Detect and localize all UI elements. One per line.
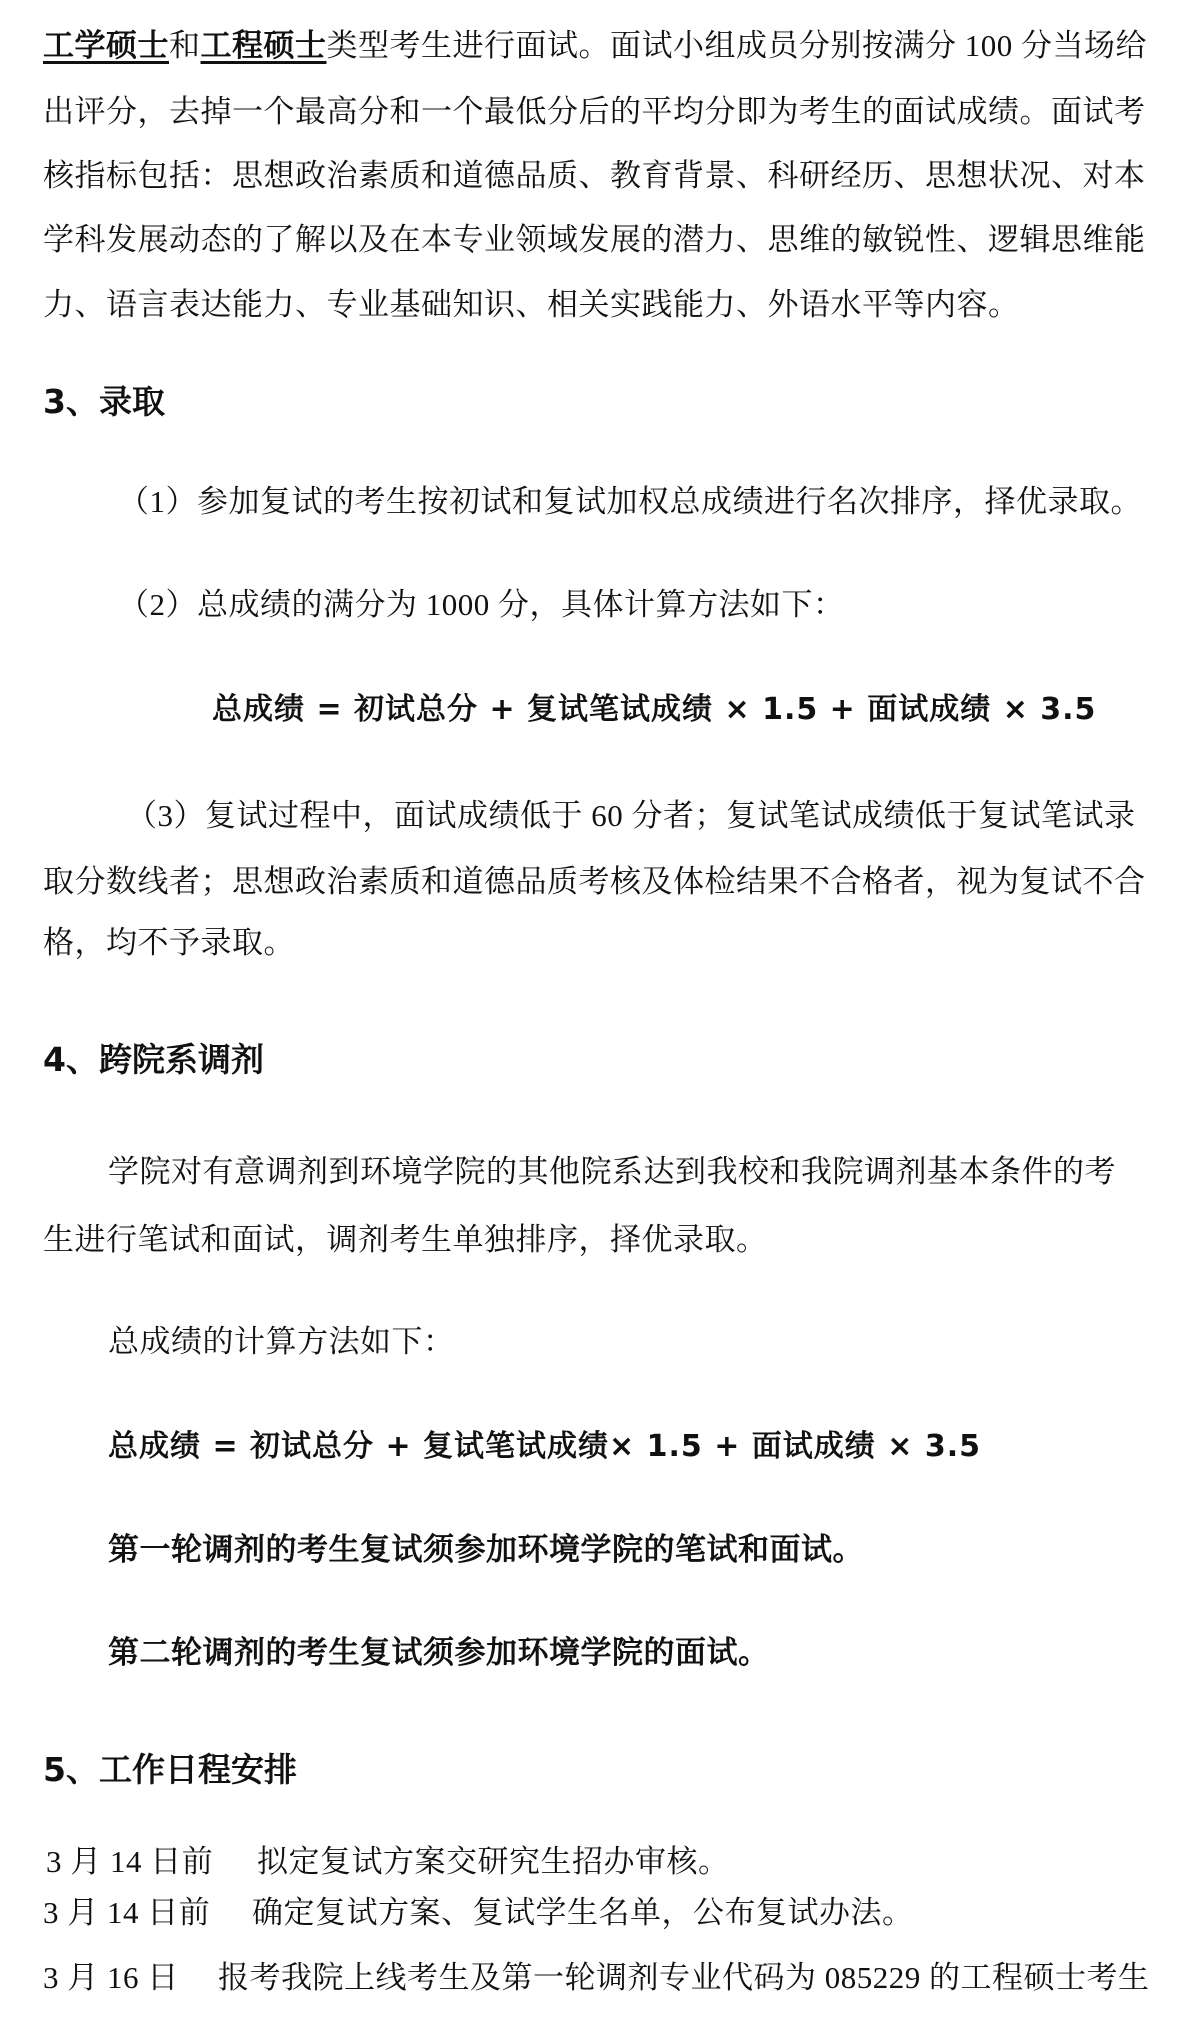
- paragraph-line: 工学硕士和工程硕士类型考生进行面试。面试小组成员分别按满分 100 分当场给: [43, 26, 1147, 66]
- round-two-note: 第二轮调剂的考生复试须参加环境学院的面试。: [108, 1633, 770, 1673]
- connector-text: 和: [169, 28, 201, 63]
- section-heading-cross-department-transfer: 4、跨院系调剂: [43, 1038, 264, 1082]
- admission-item-3-line: （3）复试过程中，面试成绩低于 60 分者；复试笔试成绩低于复试笔试录: [126, 796, 1136, 836]
- paragraph-text: 类型考生进行面试。面试小组成员分别按满分 100 分当场给: [327, 28, 1148, 63]
- admission-item-3-line: 格，均不予录取。: [43, 923, 295, 963]
- transfer-paragraph-line: 生进行笔试和面试，调剂考生单独排序，择优录取。: [43, 1220, 768, 1260]
- transfer-score-formula: 总成绩 = 初试总分 + 复试笔试成绩× 1.5 + 面试成绩 × 3.5: [108, 1427, 981, 1467]
- paragraph-line: 出评分，去掉一个最高分和一个最低分后的平均分即为考生的面试成绩。面试考: [43, 92, 1146, 132]
- schedule-desc: 报考我院上线考生及第一轮调剂专业代码为 085229 的工程硕士考生: [218, 1958, 1150, 1998]
- schedule-date: 3 月 16 日: [43, 1958, 179, 1998]
- round-one-note: 第一轮调剂的考生复试须参加环境学院的笔试和面试。: [108, 1530, 864, 1570]
- schedule-desc: 拟定复试方案交研究生招办审核。: [257, 1842, 730, 1882]
- paragraph-line: 力、语言表达能力、专业基础知识、相关实践能力、外语水平等内容。: [43, 285, 1020, 325]
- schedule-desc: 确定复试方案、复试学生名单，公布复试办法。: [252, 1893, 914, 1933]
- section-heading-schedule: 5、工作日程安排: [43, 1748, 297, 1792]
- underlined-term-engineering-master: 工程硕士: [201, 28, 327, 64]
- schedule-row: 3 月 14 日前 确定复试方案、复试学生名单，公布复试办法。: [43, 1893, 1193, 1933]
- underlined-term-academic-master: 工学硕士: [43, 28, 169, 64]
- admission-item-3-line: 取分数线者；思想政治素质和道德品质考核及体检结果不合格者，视为复试不合: [43, 862, 1146, 902]
- admission-item-2: （2）总成绩的满分为 1000 分，具体计算方法如下：: [118, 585, 845, 625]
- admission-item-1: （1）参加复试的考生按初试和复试加权总成绩进行名次排序，择优录取。: [118, 482, 1142, 522]
- schedule-date: 3 月 14 日前: [43, 1893, 210, 1933]
- schedule-date: 3 月 14 日前: [46, 1842, 213, 1882]
- section-heading-admission: 3、录取: [43, 380, 165, 424]
- transfer-paragraph-line: 学院对有意调剂到环境学院的其他院系达到我校和我院调剂基本条件的考: [108, 1152, 1116, 1192]
- schedule-row: 3 月 16 日 报考我院上线考生及第一轮调剂专业代码为 085229 的工程硕…: [43, 1958, 1193, 1998]
- calc-intro: 总成绩的计算方法如下：: [108, 1322, 455, 1362]
- total-score-formula: 总成绩 = 初试总分 + 复试笔试成绩 × 1.5 + 面试成绩 × 3.5: [212, 690, 1096, 730]
- paragraph-line: 学科发展动态的了解以及在本专业领域发展的潜力、思维的敏锐性、逻辑思维能: [43, 220, 1146, 260]
- paragraph-line: 核指标包括：思想政治素质和道德品质、教育背景、科研经历、思想状况、对本: [43, 156, 1146, 196]
- schedule-row: 3 月 14 日前 拟定复试方案交研究生招办审核。: [46, 1842, 1196, 1882]
